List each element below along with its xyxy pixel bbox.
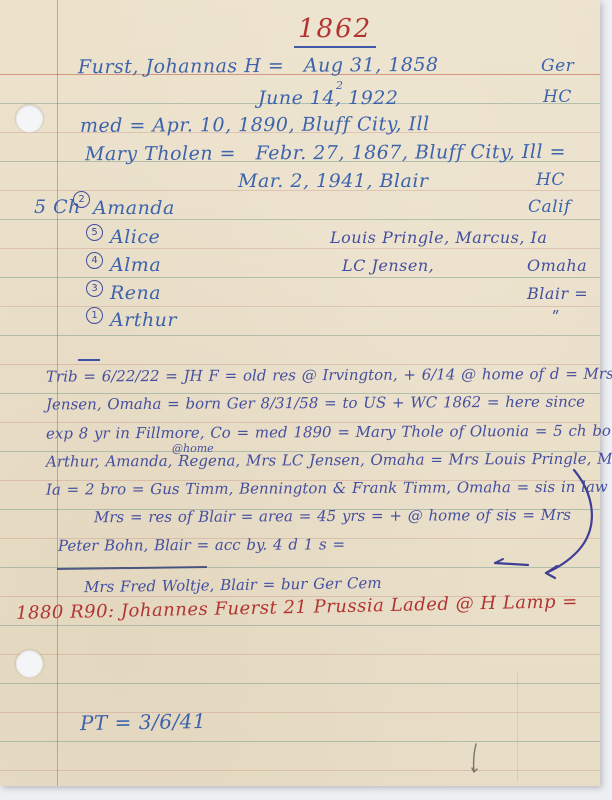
- child-name: Rena: [110, 282, 161, 304]
- footer-date: PT = 3/6/41: [80, 709, 207, 735]
- note-at-home-superscript: @home: [172, 442, 214, 455]
- page-title-text: 1862: [294, 14, 376, 48]
- note-line: Mrs = res of Blair = area = 45 yrs = + @…: [94, 506, 571, 526]
- census-note-line: 1880 R90: Johannes Fuerst 21 Prussia Lad…: [16, 591, 578, 624]
- note-line: Jensen, Omaha = born Ger 8/31/58 = to US…: [46, 393, 585, 414]
- child-order-badge: 5: [86, 224, 103, 241]
- child-order-badge: 1: [86, 307, 103, 324]
- entry-spouse-death-line: Mar. 2, 1941, Blair: [238, 170, 428, 192]
- entry-death-line: June 14, 1922: [258, 87, 398, 109]
- scanned-page: { "title": "1862", "entry": { "line1": "…: [0, 0, 612, 800]
- punch-hole-bottom: [16, 650, 43, 677]
- ink-dash-mark: [78, 359, 100, 361]
- note-line: Trib = 6/22/22 = JH F = old res @ Irving…: [46, 364, 612, 385]
- entry-marriage-line: med = Apr. 10, 1890, Bluff City, Ill: [80, 113, 430, 137]
- burial-note-line: Mrs Fred Woltje, Blair = bur Ger Cem: [84, 574, 382, 596]
- child-residence: Blair =: [527, 284, 588, 303]
- note-line: exp 8 yr in Fillmore, Co = med 1890 = Ma…: [46, 421, 612, 442]
- stray-pen-mark: [468, 742, 482, 776]
- note-line: Arthur, Amanda, Regena, Mrs LC Jensen, O…: [46, 449, 612, 470]
- paper-sheet: 1862 Furst, Johannas H = Aug 31, 1858 Ge…: [0, 0, 600, 786]
- entry-spouse-death-source: HC: [536, 170, 565, 190]
- child-name: Alice: [110, 226, 160, 248]
- ink-underline: [57, 566, 207, 570]
- paper-crease: [517, 672, 518, 782]
- child-residence: Omaha: [527, 256, 587, 275]
- page-title: 1862: [294, 14, 376, 44]
- child-residence: Calif: [528, 197, 571, 217]
- child-name: Amanda: [93, 197, 175, 219]
- child-spouse: LC Jensen,: [342, 256, 434, 275]
- child-name: Arthur: [110, 309, 177, 331]
- child-name: Alma: [110, 254, 161, 276]
- note-line: Ia = 2 bro = Gus Timm, Bennington & Fran…: [46, 477, 612, 498]
- child-spouse: Louis Pringle, Marcus, Ia: [330, 228, 547, 247]
- entry-spouse-line: Mary Tholen = Febr. 27, 1867, Bluff City…: [85, 141, 566, 166]
- note-line: Peter Bohn, Blair = acc by. 4 d 1 s =: [58, 535, 345, 555]
- child-order-badge: 4: [86, 252, 103, 269]
- entry-name-origin: Ger: [541, 56, 574, 76]
- child-order-badge: 3: [86, 280, 103, 297]
- entry-name-line: Furst, Johannas H = Aug 31, 1858: [78, 54, 439, 79]
- child-residence-ditto: ʺ: [552, 308, 560, 327]
- punch-hole-top: [16, 105, 43, 132]
- entry-death-superscript: 2: [336, 79, 343, 92]
- child-order-badge: 2: [73, 191, 90, 208]
- entry-death-source: HC: [543, 87, 572, 107]
- margin-rule-line: [57, 0, 58, 786]
